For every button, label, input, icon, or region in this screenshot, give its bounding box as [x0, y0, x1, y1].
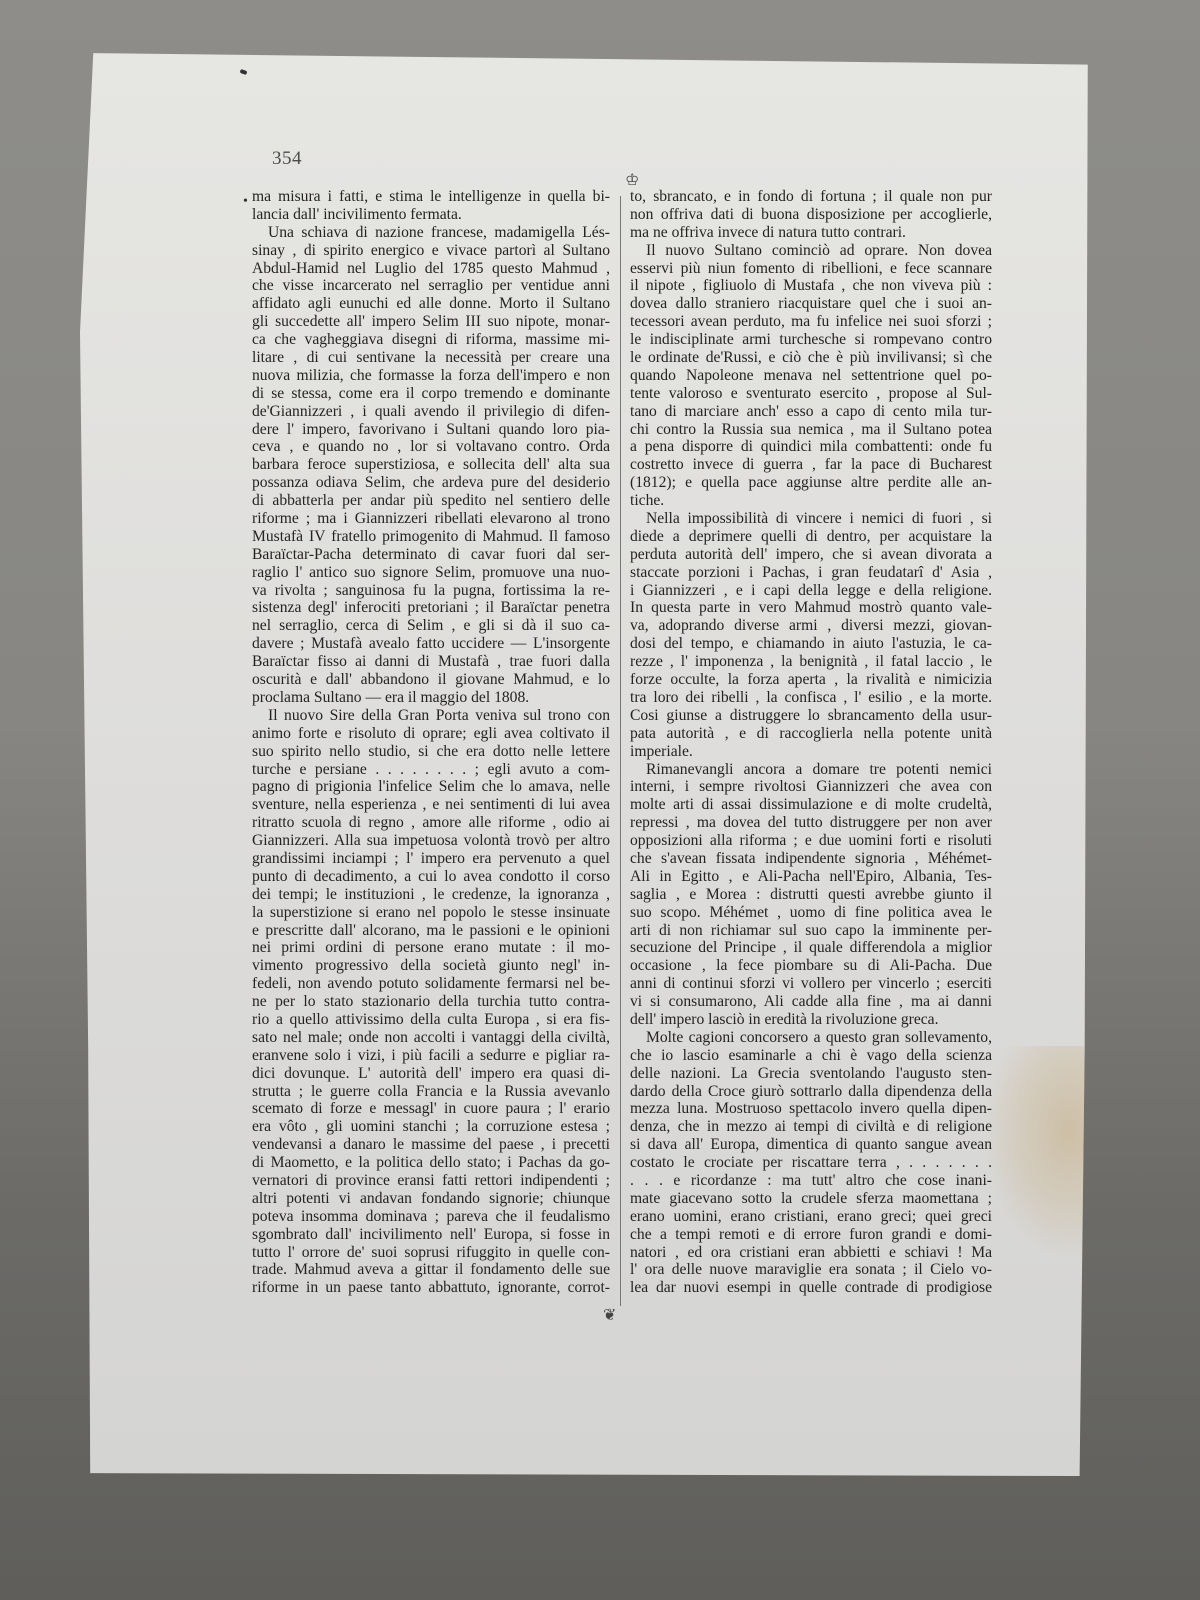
text-line: poteva insomma dominava ; pareva che il …: [252, 1208, 610, 1226]
text-line: tiche.: [630, 492, 992, 510]
text-line: (1812); e quella pace aggiunse altre per…: [630, 474, 992, 492]
text-line: l' ora delle nuove maraviglie era sonata…: [630, 1261, 992, 1279]
text-line: denza, che in mezzo ai tempi di civiltà …: [630, 1118, 992, 1136]
text-line: di Maometto, e la politica dello stato; …: [252, 1154, 610, 1172]
text-line: Il nuovo Sultano cominciò ad oprare. Non…: [630, 242, 992, 260]
text-line: di abbatterla per andar più spedito nel …: [252, 492, 610, 510]
text-line: pata autorità , e di raccoglierla nella …: [630, 725, 992, 743]
text-line: costretto invece di guerra , far la pace…: [630, 456, 992, 474]
text-line: i Giannizzeri , e i capi della legge e d…: [630, 582, 992, 600]
text-line: oscurità e dall' abbandono il giovane Ma…: [252, 671, 610, 689]
text-line: de'Giannizzeri , i quali avendo il privi…: [252, 403, 610, 421]
text-line: a pena disporre di quindici mila combatt…: [630, 438, 992, 456]
text-line: turche e persiane . . . . . . . . ; egli…: [252, 761, 610, 779]
text-line: erano uomini, erano cristiani, erano gre…: [630, 1208, 992, 1226]
text-line: barbara feroce superstiziosa, e sollecit…: [252, 456, 610, 474]
text-line: suo spirito nello studio, si che era dot…: [252, 743, 610, 761]
text-line: staccate porzioni i Pachas, i gran feuda…: [630, 564, 992, 582]
text-line: proclama Sultano — era il maggio del 180…: [252, 689, 610, 707]
text-line: repressi , ma dovea del tutto distrugger…: [630, 814, 992, 832]
text-line: la superstizione si erano nel popolo le …: [252, 904, 610, 922]
top-ornament-icon: ♔: [625, 170, 639, 190]
text-line: rio a quello attivissimo della culta Eur…: [252, 1011, 610, 1029]
text-line: sinay , di spirito energico e vivace par…: [252, 242, 610, 260]
text-line: chi contro la Russia sua nemica , ma il …: [630, 421, 992, 439]
text-line: davere ; Mustafà avealo fatto uccidere —…: [252, 635, 610, 653]
text-line: gli succedette all' impero Selim III suo…: [252, 313, 610, 331]
text-line: suo scopo. Méhémet , uomo di fine politi…: [630, 904, 992, 922]
text-line: Baraïctar fisso ai danni di Mustafà , tr…: [252, 653, 610, 671]
text-line: Giannizzeri. Alla sua impetuosa volontà …: [252, 832, 610, 850]
text-line: le indisciplinate armi turchesche si rom…: [630, 331, 992, 349]
text-line: interni, i sempre rivoltosi Giannizzeri …: [630, 778, 992, 796]
text-line: diede a deprimere quelli di dentro, per …: [630, 528, 992, 546]
text-line: dell' impero lasciò in eredità la rivolu…: [630, 1011, 992, 1029]
text-line: imperiale.: [630, 743, 992, 761]
text-line: perduta autorità dell' impero, che si av…: [630, 546, 992, 564]
text-line: secuzione del Principe , il quale differ…: [630, 939, 992, 957]
text-line: tutto l' orrore de' suoi soprusi rifuggi…: [252, 1244, 610, 1262]
text-line: riforme ; ma i Giannizzeri ribellati ele…: [252, 510, 610, 528]
text-line: costato le crociate per riscattare terra…: [630, 1154, 992, 1172]
text-line: punto di decadimento, a cui lo avea cond…: [252, 868, 610, 886]
text-line: ca che vagheggiava disegni di riforma, m…: [252, 331, 610, 349]
text-line: opposizioni alla riforma ; e due uomini …: [630, 832, 992, 850]
text-line: animo forte e risoluto di oprare; egli a…: [252, 725, 610, 743]
text-line: vi si consumarono, Ali cadde alla fine ,…: [630, 993, 992, 1011]
text-line: Nella impossibilità di vincere i nemici …: [630, 510, 992, 528]
text-line: non offriva dati di buona disposizione p…: [630, 206, 992, 224]
text-line: vimento progressivo della società giunto…: [252, 957, 610, 975]
bottom-ornament-icon: ❦: [603, 1305, 616, 1325]
text-line: ma ne offriva invece di natura tutto con…: [630, 224, 992, 242]
margin-mark: •: [243, 194, 248, 210]
text-line: to, sbrancato, e in fondo di fortuna ; i…: [630, 188, 992, 206]
text-line: Il nuovo Sire della Gran Porta veniva su…: [252, 707, 610, 725]
text-line: si dava all' Europa, dimentica di quanto…: [630, 1136, 992, 1154]
text-line: Mustafà IV fratello primogenito di Mahmu…: [252, 528, 610, 546]
text-line: Rimanevangli ancora a domare tre potenti…: [630, 761, 992, 779]
text-line: vernatori di province eransi fatti retto…: [252, 1172, 610, 1190]
text-line: di se stessa, come era il corpo tremendo…: [252, 385, 610, 403]
text-line: sgombrato dall' incivilimento nell' Euro…: [252, 1226, 610, 1244]
text-line: dere l' impero, favorivano i Sultani qua…: [252, 421, 610, 439]
text-line: natori , ed ora cristiani eran abbietti …: [630, 1244, 992, 1262]
text-line: che visse incarcerato nel serraglio per …: [252, 277, 610, 295]
text-line: eranvene solo i vizi, i più facili a sed…: [252, 1047, 610, 1065]
text-line: strutta ; le guerre colla Francia e la R…: [252, 1083, 610, 1101]
text-line: fedeli, non avendo potuto solidamente fe…: [252, 975, 610, 993]
text-line: dovea dallo straniero riacquistare quel …: [630, 295, 992, 313]
text-line: vendevansi a danaro le massime del paese…: [252, 1136, 610, 1154]
text-line: In questa parte in vero Mahmud mostrò qu…: [630, 599, 992, 617]
text-line: mate giacevano sotto la crudele sferza m…: [630, 1190, 992, 1208]
text-line: scemato di forze e messagl' in cuore pau…: [252, 1100, 610, 1118]
text-line: nel serraglio, cerca di Selim , e gli si…: [252, 617, 610, 635]
text-line: molte arti di assai dissimulazione e di …: [630, 796, 992, 814]
text-line: pagno di prigionia l'infelice Selim che …: [252, 778, 610, 796]
text-line: occasione , la fece piombare su di Ali-P…: [630, 957, 992, 975]
text-line: dici dovunque. L' autorità dell' impero …: [252, 1065, 610, 1083]
text-line: altri potenti vi andavan fondando signor…: [252, 1190, 610, 1208]
text-line: dardo della Croce giurò sottrarlo dalla …: [630, 1083, 992, 1101]
text-line: tecessori avean perduto, ma fu infelice …: [630, 313, 992, 331]
text-line: sato nel male; onde non accolti i vantag…: [252, 1029, 610, 1047]
text-line: ma misura i fatti, e stima le intelligen…: [252, 188, 610, 206]
text-line: e prescritte dall' alcorano, ma le passi…: [252, 922, 610, 940]
text-line: che a tempi remoti e di errore furon gra…: [630, 1226, 992, 1244]
text-line: delle nazioni. La Grecia sventolando l'a…: [630, 1065, 992, 1083]
text-line: ne per lo stato stazionario della turchi…: [252, 993, 610, 1011]
text-line: trade. Mahmud aveva a gittar il fondamen…: [252, 1261, 610, 1279]
text-line: . . . e ricordanze : ma tutt' altro che …: [630, 1172, 992, 1190]
text-line: ceva , e quando no , lor si voltavano co…: [252, 438, 610, 456]
text-line: nei primi ordini di persone erano mutate…: [252, 939, 610, 957]
text-line: che s'avean fissata indipendente signori…: [630, 850, 992, 868]
text-line: va rivolta ; sanguinosa fu la pugna, for…: [252, 582, 610, 600]
text-line: arti di non richiamar sul suo capo la im…: [630, 922, 992, 940]
text-line: forze occulte, la forza aperta , la riva…: [630, 671, 992, 689]
text-line: va, adoprando diverse armi , diversi mez…: [630, 617, 992, 635]
text-line: quando Napoleone menava nel settentrione…: [630, 367, 992, 385]
column-divider: [620, 196, 621, 1306]
text-line: il nipote , figliuolo di Mustafa , che n…: [630, 277, 992, 295]
text-line: litare , di cui sentivane la necessità p…: [252, 349, 610, 367]
text-line: anni di continui sforzi vi vollero per v…: [630, 975, 992, 993]
text-line: riforme in un paese tanto abbattuto, ign…: [252, 1279, 610, 1297]
right-column: to, sbrancato, e in fondo di fortuna ; i…: [630, 188, 992, 1297]
text-line: raglio l' antico suo signore Selim, prom…: [252, 564, 610, 582]
text-line: lancia dall' incivilimento fermata.: [252, 206, 610, 224]
text-line: Ali in Egitto , e Ali-Pacha nell'Epiro, …: [630, 868, 992, 886]
text-line: rezze , l' imponenza , la benignità , il…: [630, 653, 992, 671]
text-line: dei tempi; le instituzioni , le credenze…: [252, 886, 610, 904]
text-line: sistenza degl' inferociti pretoriani ; i…: [252, 599, 610, 617]
text-line: Molte cagioni concorsero a questo gran s…: [630, 1029, 992, 1047]
text-line: Baraïctar-Pacha determinato di cavar fuo…: [252, 546, 610, 564]
text-line: ritratto scuola di regno , amore alle ri…: [252, 814, 610, 832]
text-line: mezza luna. Mostruoso spettacolo invero …: [630, 1100, 992, 1118]
text-line: Abdul-Hamid nel Luglio del 1785 questo M…: [252, 260, 610, 278]
water-stain: [985, 1046, 1105, 1256]
text-line: Una schiava di nazione francese, madamig…: [252, 224, 610, 242]
text-line: possanza odiava Selim, che ardeva pure d…: [252, 474, 610, 492]
text-line: tente valoroso e sventurato esercito , p…: [630, 385, 992, 403]
left-column: ma misura i fatti, e stima le intelligen…: [252, 188, 610, 1297]
text-line: lea dar nuovi esempi in quelle contrade …: [630, 1279, 992, 1297]
text-line: nuova milizia, che formasse la forza del…: [252, 367, 610, 385]
text-line: saglia , e Morea : distrutti questi avre…: [630, 886, 992, 904]
text-line: che io lascio esaminarle a chi è vago de…: [630, 1047, 992, 1065]
text-line: tra loro dei ribelli , la confisca , l' …: [630, 689, 992, 707]
text-line: dosi del tempo, e chiamando in aiuto l'a…: [630, 635, 992, 653]
text-line: tano di marciare anch' esso a capo di ce…: [630, 403, 992, 421]
text-line: grandissimi inciampi ; l' impero era per…: [252, 850, 610, 868]
text-line: Cosi giunse a distruggere lo sbrancament…: [630, 707, 992, 725]
text-line: affidato agli eunuchi ed alle donne. Mor…: [252, 295, 610, 313]
text-line: sventure, nella esperienza , e nei senti…: [252, 796, 610, 814]
page-number: 354: [272, 148, 302, 170]
text-line: le ordinate de'Russi, e ciò che è più in…: [630, 349, 992, 367]
text-line: era vôto , gli uomini stanchi ; la corru…: [252, 1118, 610, 1136]
text-line: esservi più niun fomento di ribellioni, …: [630, 260, 992, 278]
